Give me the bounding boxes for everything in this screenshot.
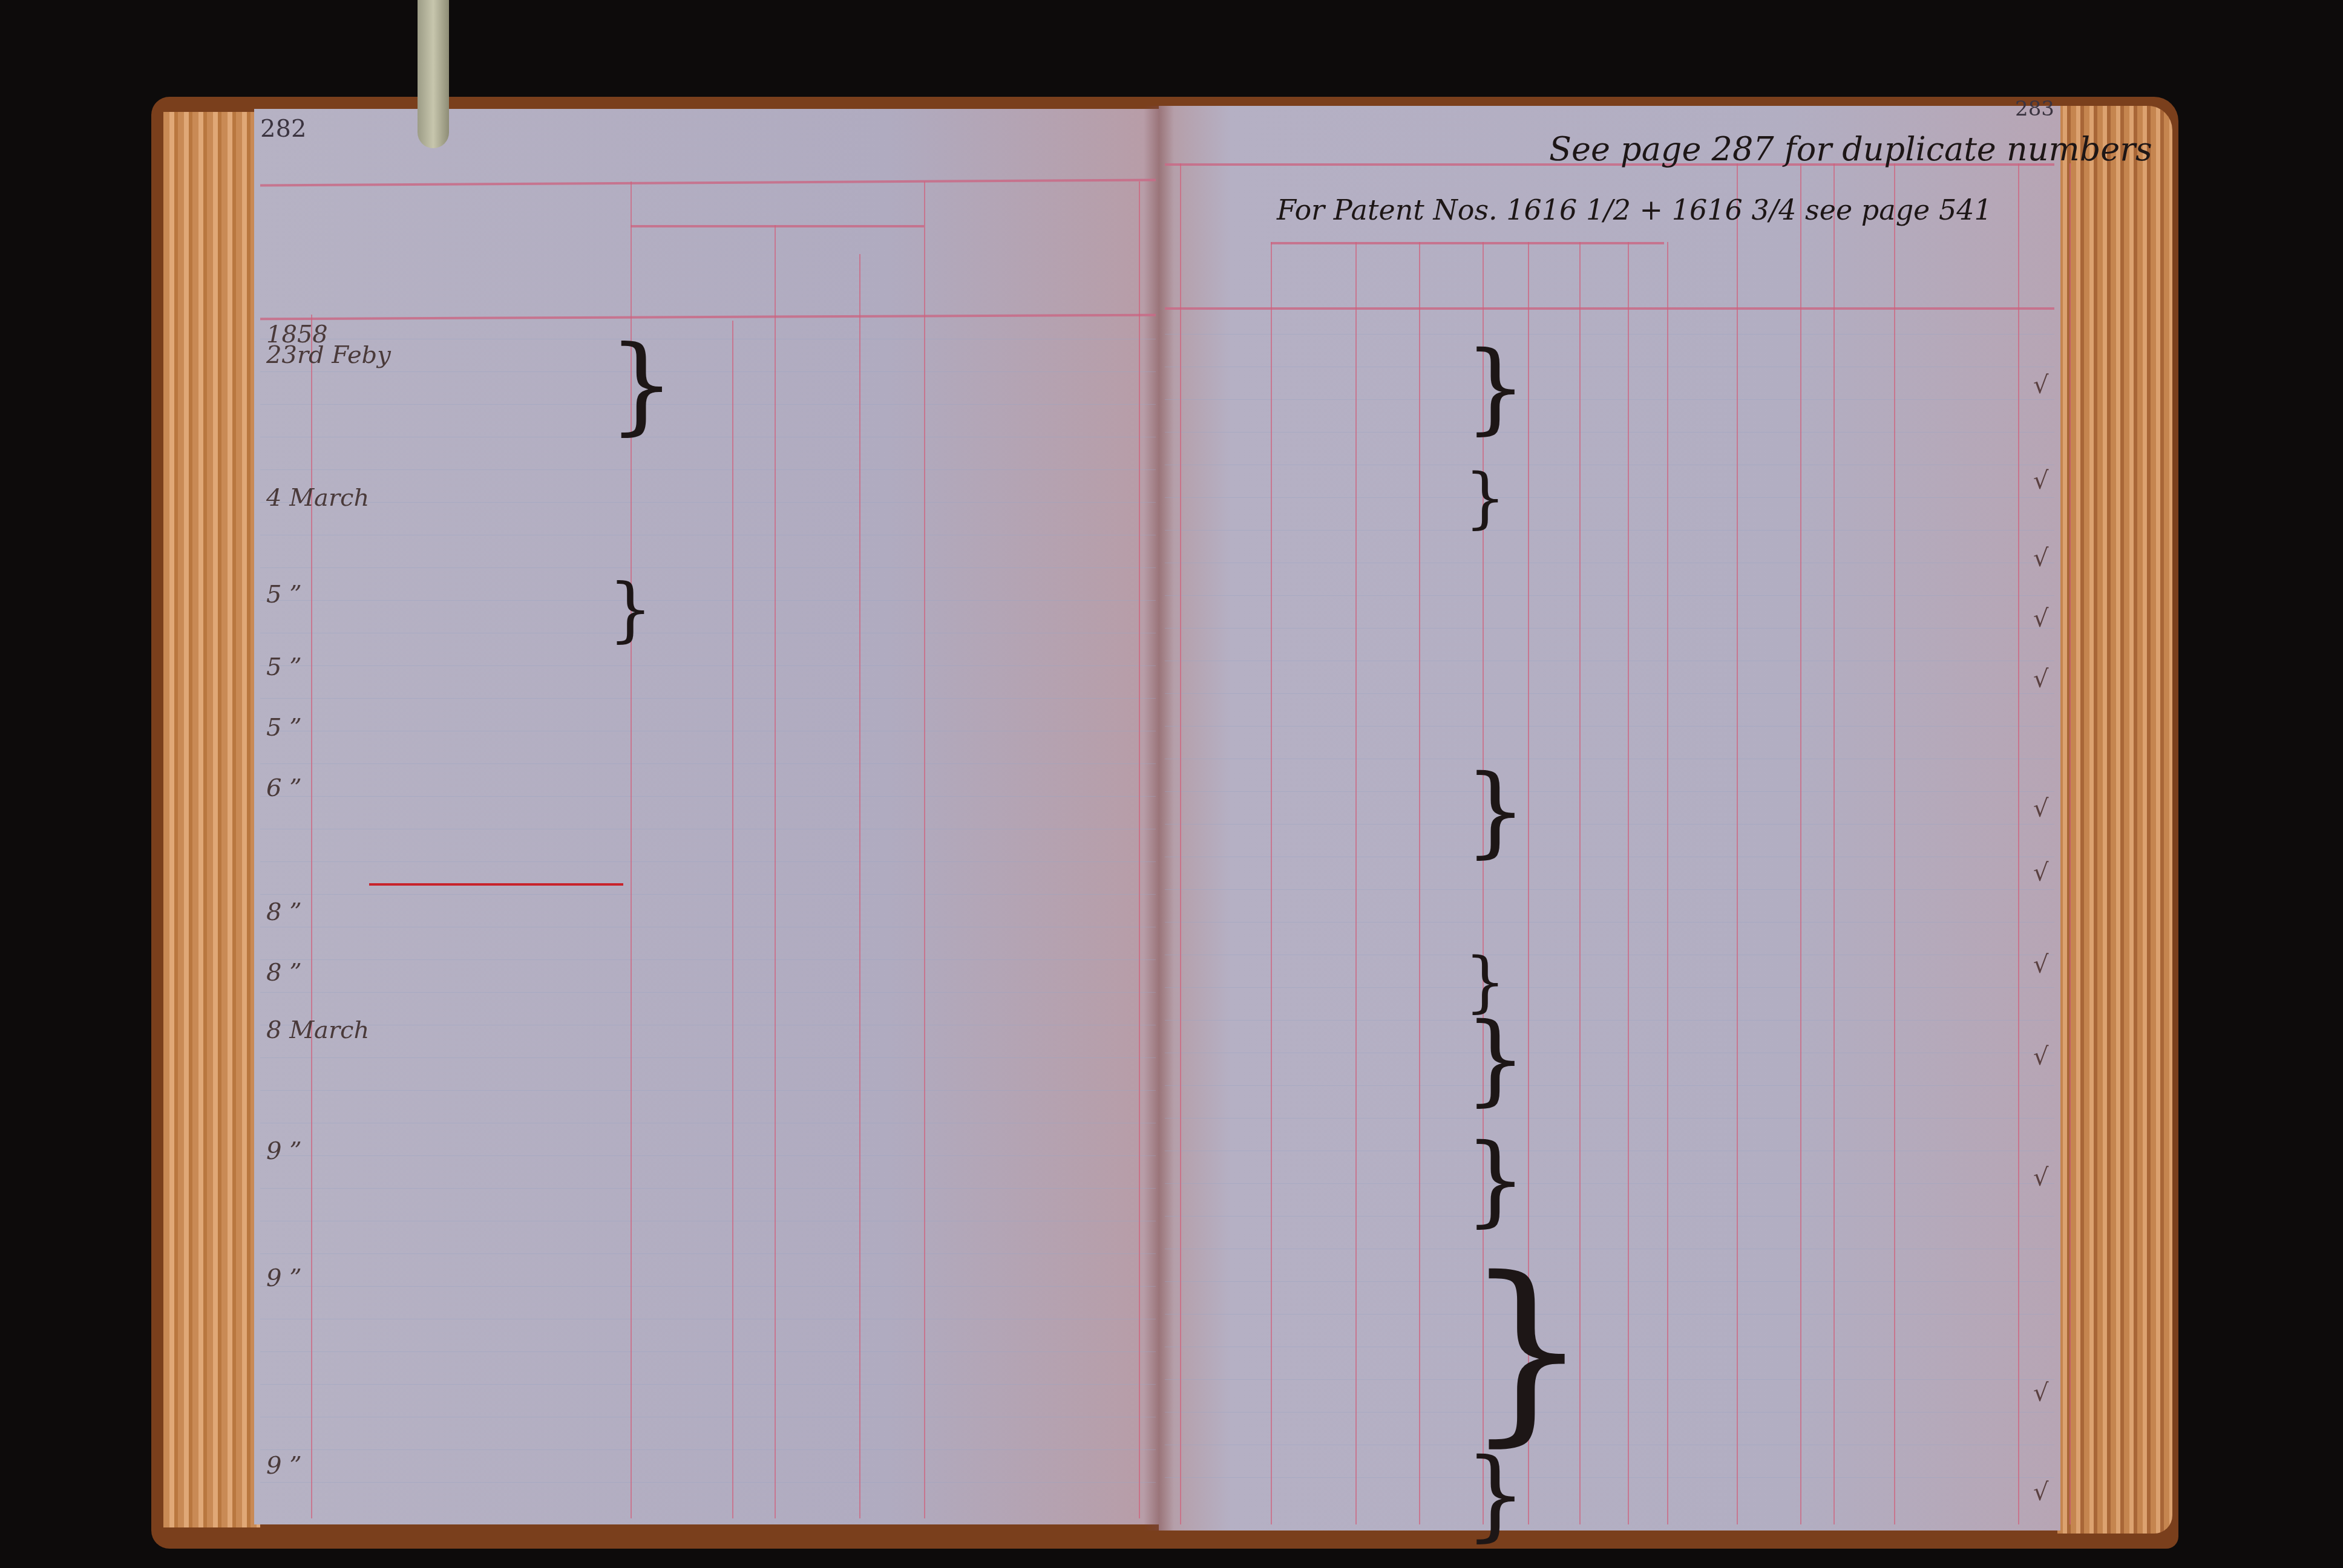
ruled-line [1165, 857, 2054, 857]
check-mark: √ [2033, 1043, 2049, 1071]
ruled-line [260, 992, 1156, 993]
name-brace: } [608, 333, 675, 438]
check-mark: √ [2033, 1164, 2049, 1192]
ruled-line [260, 502, 1156, 503]
ruled-line [1165, 563, 2054, 563]
ruled-line [1165, 367, 2054, 367]
column-divider [2018, 163, 2019, 1524]
ruled-line [260, 1351, 1156, 1352]
name-brace: } [608, 575, 653, 645]
ruled-line [1165, 824, 2054, 825]
ruled-line [1165, 1281, 2054, 1282]
ruled-line [1165, 628, 2054, 629]
tract-brace: } [1464, 339, 1527, 437]
ruled-line [1165, 399, 2054, 400]
check-mark: √ [2033, 605, 2049, 633]
tract-brace: } [1464, 1252, 1589, 1448]
column-divider [1800, 163, 1801, 1524]
entry-date: 4 March [266, 484, 369, 512]
column-divider [1833, 163, 1835, 1524]
ruled-line [1165, 1314, 2054, 1315]
ruled-line [1165, 1151, 2054, 1151]
entry-date: 9 ” [266, 1452, 302, 1480]
red-strike-line [369, 883, 623, 886]
ruled-line [260, 1155, 1156, 1156]
ruled-line [1165, 1053, 2054, 1053]
ruled-line [260, 1286, 1156, 1287]
check-mark: √ [2033, 1478, 2049, 1506]
ruled-line [1165, 726, 2054, 727]
metal-bookmark-clip [418, 0, 449, 148]
check-mark: √ [2033, 1379, 2049, 1407]
ruled-line [1165, 1085, 2054, 1086]
ruled-line [260, 404, 1156, 405]
ruled-line [260, 1417, 1156, 1417]
column-divider [1180, 163, 1181, 1524]
ruled-line [260, 339, 1156, 339]
ruled-line [260, 665, 1156, 666]
column-divider [2069, 163, 2071, 1524]
ruled-line [260, 600, 1156, 601]
book-gutter [1144, 106, 1174, 1530]
check-mark: √ [2033, 859, 2049, 887]
ruled-line [260, 1123, 1156, 1123]
ruled-line [260, 861, 1156, 862]
column-divider [1628, 242, 1629, 1524]
entry-date: 5 ” [266, 653, 302, 681]
left-page [254, 109, 1159, 1524]
ruled-line [1165, 1347, 2054, 1347]
check-mark: √ [2033, 951, 2049, 979]
ruled-line [1165, 497, 2054, 498]
ruled-line [1165, 1118, 2054, 1119]
column-divider [924, 181, 925, 1518]
ruled-line [1165, 955, 2054, 955]
ruled-line [1165, 889, 2054, 890]
ruled-line [1165, 334, 2054, 335]
entry-date: 9 ” [266, 1264, 302, 1292]
ruled-line [1165, 922, 2054, 923]
ruled-line [1165, 759, 2054, 759]
ruled-line [260, 927, 1156, 927]
check-mark: √ [2033, 467, 2049, 495]
tract-brace: } [1464, 762, 1527, 860]
ruled-line [260, 1090, 1156, 1091]
column-divider [1737, 163, 1738, 1524]
entry-date: 8 ” [266, 959, 302, 987]
column-divider [1355, 242, 1357, 1524]
ruled-line [260, 1253, 1156, 1254]
entry-date: 5 ” [266, 714, 302, 742]
ruled-line [1165, 693, 2054, 694]
left-page-number: 282 [260, 115, 306, 143]
ruled-line [260, 1221, 1156, 1221]
ruled-line [1165, 1445, 2054, 1445]
ruled-line [260, 371, 1156, 372]
ruled-line [260, 698, 1156, 699]
ruled-line [260, 1482, 1156, 1483]
column-divider [1139, 181, 1140, 1518]
ruled-line [1165, 1477, 2054, 1478]
ruled-line [260, 894, 1156, 895]
column-divider [859, 254, 860, 1518]
ruled-line [260, 731, 1156, 731]
ruled-line [260, 567, 1156, 568]
column-divider [732, 321, 733, 1518]
ruled-line [1165, 1412, 2054, 1413]
check-mark: √ [2033, 665, 2049, 693]
ruled-line [1165, 1020, 2054, 1021]
ruled-line [1165, 987, 2054, 988]
right-page-edges [2057, 106, 2172, 1534]
tract-brace: } [1464, 466, 1506, 531]
ruled-line [260, 535, 1156, 535]
ruled-line [260, 469, 1156, 470]
tract-brace: } [1464, 1010, 1527, 1108]
ruled-line [260, 1188, 1156, 1189]
ruled-line [260, 1057, 1156, 1058]
duplicate-numbers-note: See page 287 for duplicate numbers [1549, 130, 2152, 168]
ruled-line [1165, 465, 2054, 465]
column-divider [1667, 242, 1668, 1524]
ruled-line [260, 437, 1156, 437]
check-mark: √ [2033, 795, 2049, 823]
ruled-line [1165, 661, 2054, 661]
ruled-line [260, 1449, 1156, 1450]
ruled-line [260, 829, 1156, 829]
ruled-line [1165, 1249, 2054, 1249]
ruled-line [260, 1319, 1156, 1319]
column-divider [1271, 242, 1272, 1524]
entry-date: 8 March [266, 1016, 369, 1044]
ruled-line [260, 633, 1156, 633]
patent-see-page-note: For Patent Nos. 1616 1/2 + 1616 3/4 see … [1277, 194, 1992, 226]
right-page-number: 283 [2015, 97, 2054, 121]
right-page [1159, 106, 2060, 1530]
ruled-line [1165, 595, 2054, 596]
header-rule-mid [1271, 242, 1664, 244]
ruled-line [1165, 530, 2054, 531]
check-mark: √ [2033, 544, 2049, 572]
check-mark: √ [2033, 371, 2049, 399]
entry-date: 23rd Feby [266, 341, 391, 369]
entry-date: 8 ” [266, 898, 302, 926]
tract-brace: } [1464, 1131, 1527, 1229]
ruled-line [260, 763, 1156, 764]
ruled-line [1165, 1379, 2054, 1380]
column-divider [775, 225, 776, 1518]
entry-date: 6 ” [266, 774, 302, 802]
ruled-line [1165, 432, 2054, 433]
column-divider [1419, 242, 1420, 1524]
tract-brace: } [1464, 1446, 1527, 1544]
entry-date: 5 ” [266, 581, 302, 609]
column-divider [1894, 163, 1895, 1524]
ruled-line [1165, 1183, 2054, 1184]
ruled-line [260, 1384, 1156, 1385]
ruled-line [1165, 791, 2054, 792]
header-rule-mid [631, 225, 924, 227]
ruled-line [260, 796, 1156, 797]
entry-date: 9 ” [266, 1137, 302, 1165]
left-page-edges [163, 112, 260, 1527]
header-rule-bottom [1165, 307, 2054, 310]
ruled-line [260, 1025, 1156, 1025]
ruled-line [1165, 1216, 2054, 1217]
ruled-line [260, 959, 1156, 960]
